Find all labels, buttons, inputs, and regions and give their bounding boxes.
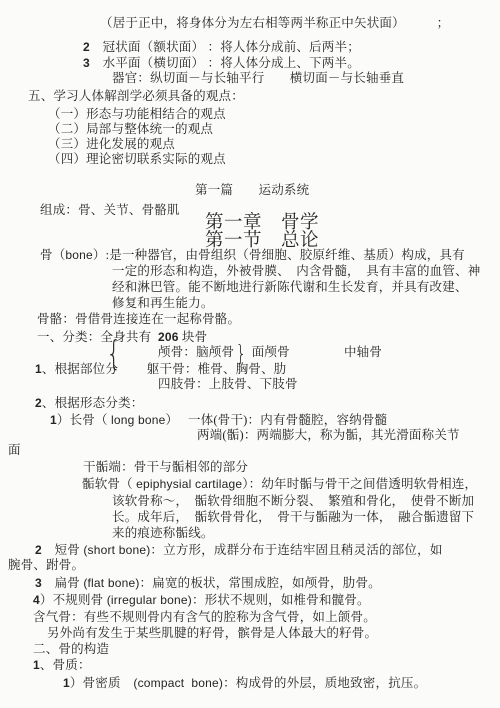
doc-line-27: 干骺端：骨干与骺相邻的部分 — [83, 460, 248, 475]
doc-line-15: 一定的形态和构造，外被骨膜、 内含骨髓， 具有丰富的血管、神 — [112, 264, 481, 279]
text-segment: 骨（ — [40, 248, 65, 262]
doc-line-4: 器官：纵切面－与长轴平行 横切面－与长轴垂直 — [112, 71, 404, 86]
text-segment: 另外尚有发生于某些肌腱的籽骨，髌骨是人体最大的籽骨。 — [47, 626, 377, 640]
hand-drawn-open-brace-icon: { — [106, 334, 121, 374]
text-segment: ：构成骨的外层，质地致密，抗压。 — [223, 676, 426, 690]
text-segment: ：形状不规则，如椎骨和髋骨。 — [192, 593, 370, 607]
text-segment: （三）进化发展的观点 — [48, 137, 175, 151]
doc-line-23: 2、根据形态分类： — [35, 396, 143, 411]
text-segment: 一、分类：全身共有 — [37, 330, 158, 344]
doc-line-3: 3 水平面（横切面） ：将人体分成上、下两半。 — [83, 56, 360, 71]
list-number: 4 — [33, 593, 40, 607]
doc-line-21: 1、根据部位分 躯干骨：椎骨、胸骨、肋 — [35, 362, 287, 377]
list-number: 1 — [33, 658, 40, 672]
doc-line-22: 四肢骨：上肢骨、下肢骨 — [158, 377, 298, 392]
text-segment: 四肢骨：上肢骨、下肢骨 — [158, 377, 298, 391]
text-segment: 两端(骺)：两端膨大，称为骺，其光滑面称关节 — [197, 428, 460, 442]
doc-line-29: 该软骨称～， 骺软骨细胞不断分裂、 繁殖和骨化， 使骨不断加 — [112, 494, 474, 509]
text-segment: ）：幼年时骺与骨干之间借透明软骨相连， — [242, 477, 477, 491]
text-segment: 来的痕迹称骺线。 — [112, 526, 214, 540]
list-number: 2 — [35, 543, 42, 557]
doc-line-11: 组成：骨、关节、骨骼肌 — [40, 203, 180, 218]
text-segment: （一）形态与功能相结合的观点 — [48, 107, 226, 121]
latin-term: (flat bone) — [83, 576, 139, 590]
text-segment: 第一章 骨学 — [205, 213, 319, 233]
text-segment: 短骨 — [42, 543, 83, 557]
list-number: 1 — [50, 413, 57, 427]
doc-line-2: 2 冠状面（额状面） ：将人体分成前、后两半； — [83, 40, 360, 55]
text-segment: 扁骨 — [42, 576, 83, 590]
list-number: 1 — [63, 676, 70, 690]
text-segment: ） 一体(骨干)：内有骨髓腔，容纳骨髓 — [166, 413, 388, 427]
doc-line-8: （三）进化发展的观点 — [48, 137, 175, 152]
text-segment: 颅骨：脑颅骨 — [158, 345, 234, 359]
text-segment: ）不规则骨 — [40, 593, 107, 607]
text-segment: 块骨 — [179, 330, 208, 344]
text-segment: 一定的形态和构造，外被骨膜、 内含骨髓， 具有丰富的血管、神 — [112, 264, 481, 278]
doc-line-24: 1）长骨（ long bone） 一体(骨干)：内有骨髓腔，容纳骨髓 — [50, 413, 387, 428]
list-number: 1 — [35, 362, 42, 376]
doc-line-16: 经和淋巴管。能不断地进行新陈代谢和生长发育，并具有改建、 — [112, 280, 468, 295]
doc-line-18: 骨骼：骨借骨连接连在一起称骨骼。 — [37, 312, 240, 327]
text-segment: 二、骨的构造 — [33, 642, 109, 656]
document-page: （居于正中，将身体分为左右相等两半称正中矢状面） ；2 冠状面（额状面） ：将人… — [0, 0, 500, 708]
text-segment: 干骺端：骨干与骺相邻的部分 — [83, 460, 248, 474]
doc-line-25: 两端(骺)：两端膨大，称为骺，其光滑面称关节 — [197, 428, 460, 443]
text-segment: 骺软骨（ — [82, 477, 136, 491]
text-segment: 面颅骨 中轴骨 — [248, 345, 382, 359]
text-segment: 冠状面（额状面） ：将人体分成前、后两半； — [90, 40, 360, 54]
doc-line-17: 修复和再生能力。 — [112, 296, 214, 311]
text-segment: ：立方形，成群分布于连结牢固且稍灵活的部位，如 — [150, 543, 442, 557]
text-segment: ）长骨（ — [57, 413, 111, 427]
text-segment: 经和淋巴管。能不断地进行新陈代谢和生长发育，并具有改建、 — [112, 280, 468, 294]
doc-line-10: 第一篇 运动系统 — [195, 183, 309, 198]
doc-line-20: 颅骨：脑颅骨} 面颅骨 中轴骨 — [158, 345, 382, 362]
doc-line-14: 骨（bone）:是一种器官，由骨组织（骨细胞、胶原纤维、基质）构成，具有 — [40, 248, 465, 263]
latin-term: long bone — [111, 413, 166, 427]
doc-line-5: 五、学习人体解剖学必须具备的观点： — [28, 89, 244, 104]
text-segment: 该软骨称～， 骺软骨细胞不断分裂、 繁殖和骨化， 使骨不断加 — [112, 494, 474, 508]
text-segment: ）:是一种器官，由骨组织（骨细胞、胶原纤维、基质）构成，具有 — [93, 248, 465, 262]
doc-line-38: 二、骨的构造 — [33, 642, 109, 657]
list-number: 2 — [35, 396, 42, 410]
doc-line-19: 一、分类：全身共有 206 块骨 — [37, 330, 207, 345]
doc-line-32: 2 短骨 (short bone)：立方形，成群分布于连结牢固且稍灵活的部位，如 — [35, 543, 443, 558]
latin-term: (short bone) — [83, 543, 150, 557]
text-segment: 五、学习人体解剖学必须具备的观点： — [28, 89, 244, 103]
doc-line-26: 面 — [8, 443, 21, 458]
latin-term: (compact bone) — [133, 676, 223, 690]
text-segment: 含气骨：有些不规则骨内有含气的腔称为含气骨，如上颌骨。 — [33, 610, 376, 624]
doc-line-31: 来的痕迹称骺线。 — [112, 526, 214, 541]
hand-drawn-close-brace-icon: } — [236, 347, 247, 362]
list-number: 206 — [158, 330, 179, 344]
text-segment: （二）局部与整体统一的观点 — [48, 122, 213, 136]
text-segment: 腕骨、跗骨。 — [8, 558, 84, 572]
text-segment: 长。成年后， 骺软骨骨化， 骨干与骺融为一体， 融合骺遗留下 — [112, 510, 474, 524]
text-segment: 第一篇 运动系统 — [195, 183, 309, 197]
text-segment: 组成：骨、关节、骨骼肌 — [40, 203, 180, 217]
latin-term: (irregular bone) — [107, 593, 192, 607]
text-segment: 器官：纵切面－与长轴平行 横切面－与长轴垂直 — [112, 71, 404, 85]
list-number: 2 — [83, 40, 90, 54]
latin-term: epiphysial cartilage — [136, 477, 242, 491]
text-segment: 、根据形态分类： — [42, 396, 144, 410]
doc-line-36: 含气骨：有些不规则骨内有含气的腔称为含气骨，如上颌骨。 — [33, 610, 376, 625]
doc-line-6: （一）形态与功能相结合的观点 — [48, 107, 226, 122]
doc-line-9: （四）理论密切联系实际的观点 — [48, 152, 226, 167]
doc-line-30: 长。成年后， 骺软骨骨化， 骨干与骺融为一体， 融合骺遗留下 — [112, 510, 474, 525]
doc-line-7: （二）局部与整体统一的观点 — [48, 122, 213, 137]
text-segment: ：扁宽的板状，常围成腔，如颅骨，肋骨。 — [140, 576, 381, 590]
list-number: 3 — [35, 576, 42, 590]
text-segment: ）骨密质 — [70, 676, 134, 690]
doc-line-39: 1、骨质： — [33, 658, 91, 673]
doc-line-40: 1）骨密质 (compact bone)：构成骨的外层，质地致密，抗压。 — [63, 676, 426, 691]
doc-line-34: 3 扁骨 (flat bone)：扁宽的板状，常围成腔，如颅骨，肋骨。 — [35, 576, 381, 591]
doc-line-33: 腕骨、跗骨。 — [8, 558, 84, 573]
text-segment: （居于正中，将身体分为左右相等两半称正中矢状面） ； — [100, 16, 449, 30]
text-segment: 、根据部位分 躯干骨：椎骨、胸骨、肋 — [42, 362, 287, 376]
text-segment: 、骨质： — [40, 658, 91, 672]
list-number: 3 — [83, 56, 90, 70]
text-segment: 水平面（横切面） ：将人体分成上、下两半。 — [90, 56, 360, 70]
text-segment: 修复和再生能力。 — [112, 296, 214, 310]
doc-line-28: 骺软骨（ epiphysial cartilage）：幼年时骺与骨干之间借透明软… — [82, 477, 477, 492]
text-segment: 面 — [8, 443, 21, 457]
text-segment: （四）理论密切联系实际的观点 — [48, 152, 226, 166]
doc-line-35: 4）不规则骨 (irregular bone)：形状不规则，如椎骨和髋骨。 — [33, 593, 370, 608]
doc-line-37: 另外尚有发生于某些肌腱的籽骨，髌骨是人体最大的籽骨。 — [47, 626, 377, 641]
doc-line-1: （居于正中，将身体分为左右相等两半称正中矢状面） ； — [100, 16, 449, 31]
latin-term: bone — [65, 248, 93, 262]
text-segment: 骨骼：骨借骨连接连在一起称骨骼。 — [37, 312, 240, 326]
